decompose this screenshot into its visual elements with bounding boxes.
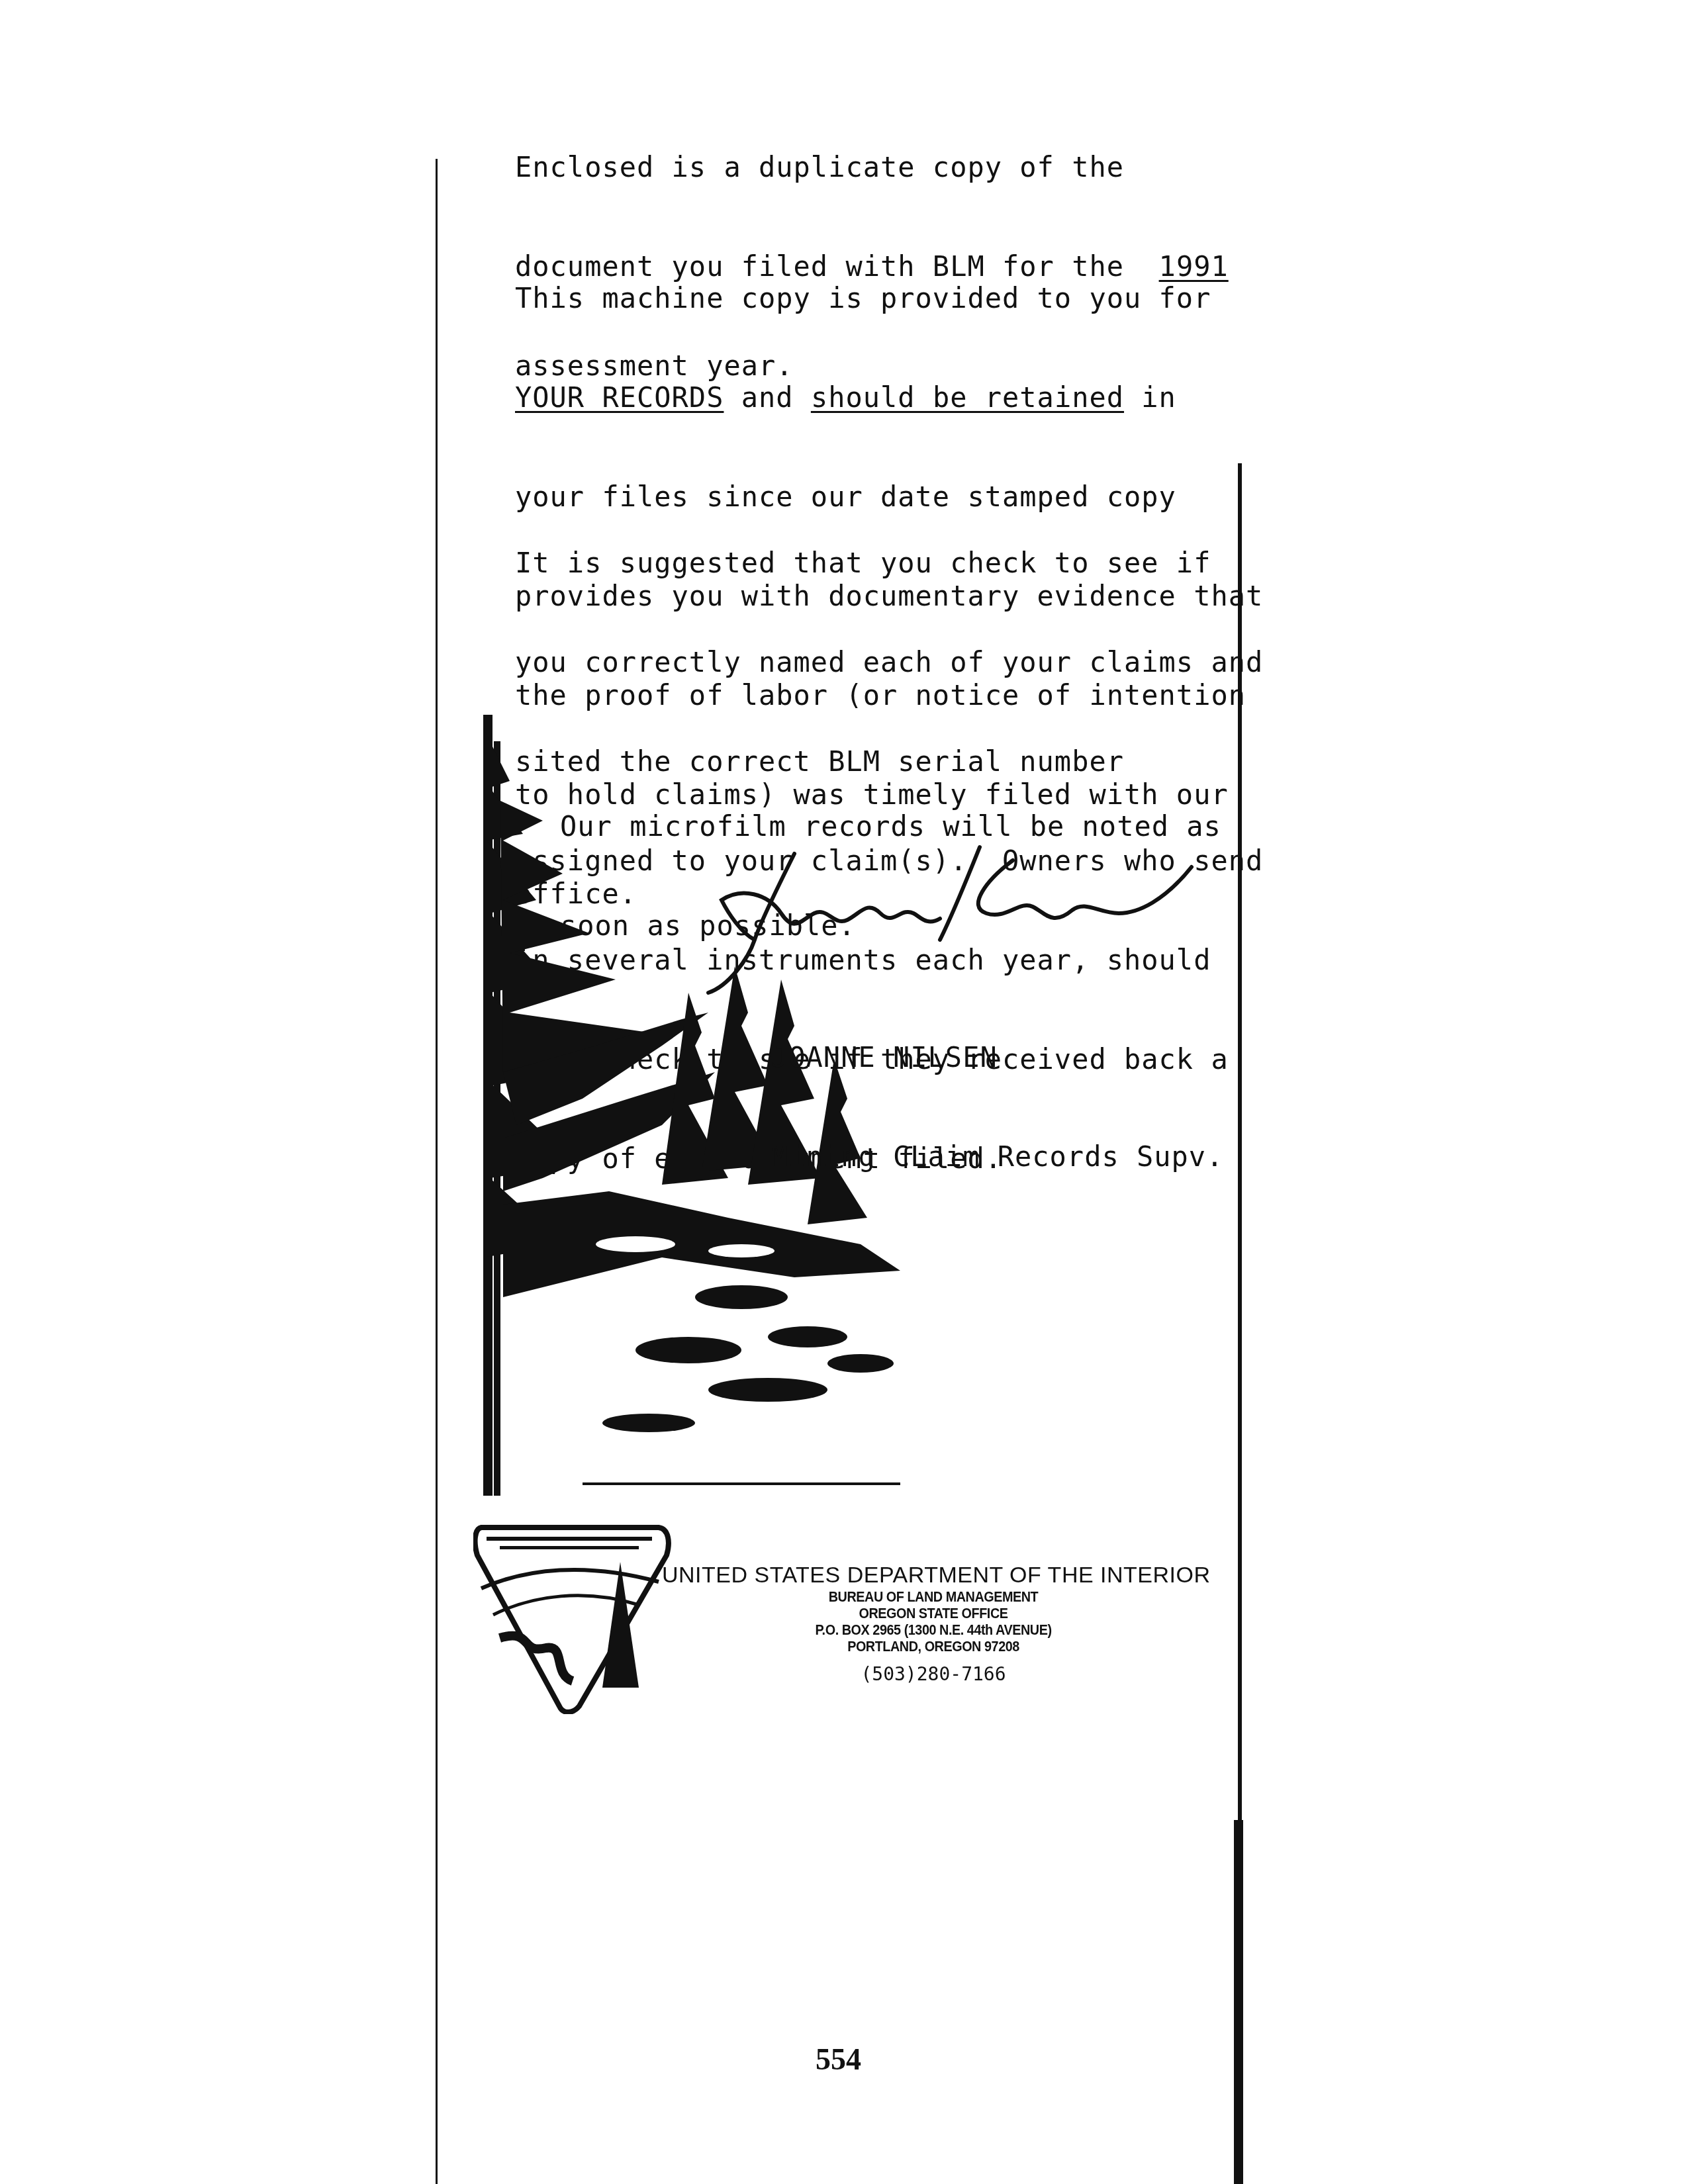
signer-name: JOANNE NILSEN [771, 1041, 1223, 1074]
scan-edge-left [436, 159, 438, 2184]
bureau-name: BUREAU OF LAND MANAGEMENT [683, 1588, 1184, 1605]
your-records-emphasis: YOUR RECORDS [515, 381, 724, 414]
city-state-zip: PORTLAND, OREGON 97208 [683, 1638, 1184, 1655]
signature-block: JOANNE NILSEN Mining CLaim Records Supv. [771, 975, 1223, 1240]
text-line: This machine copy is provided to you for [515, 282, 1263, 315]
scan-edge-right-bottom [1234, 1820, 1243, 2184]
page-number: 554 [0, 2042, 1688, 2077]
mailing-address: P.O. BOX 2965 (1300 N.E. 44th AVENUE) [683, 1621, 1184, 1638]
phone-number: (503)280-7166 [655, 1661, 1211, 1688]
retain-emphasis: should be retained [811, 381, 1124, 414]
text-line: Enclosed is a duplicate copy of the [515, 151, 1229, 184]
agency-name: UNITED STATES DEPARTMENT OF THE INTERIOR [655, 1562, 1211, 1588]
agency-address-block: UNITED STATES DEPARTMENT OF THE INTERIOR… [655, 1562, 1211, 1688]
text-line: It is suggested that you check to see if [515, 547, 1263, 580]
text-line: YOUR RECORDS and should be retained in [515, 381, 1263, 414]
blm-logo-icon [473, 1516, 672, 1714]
office-name: OREGON STATE OFFICE [683, 1605, 1184, 1621]
signer-title: Mining CLaim Records Supv. [771, 1140, 1223, 1173]
document-page: Enclosed is a duplicate copy of the docu… [0, 0, 1688, 2184]
text-line: you correctly named each of your claims … [515, 646, 1263, 679]
